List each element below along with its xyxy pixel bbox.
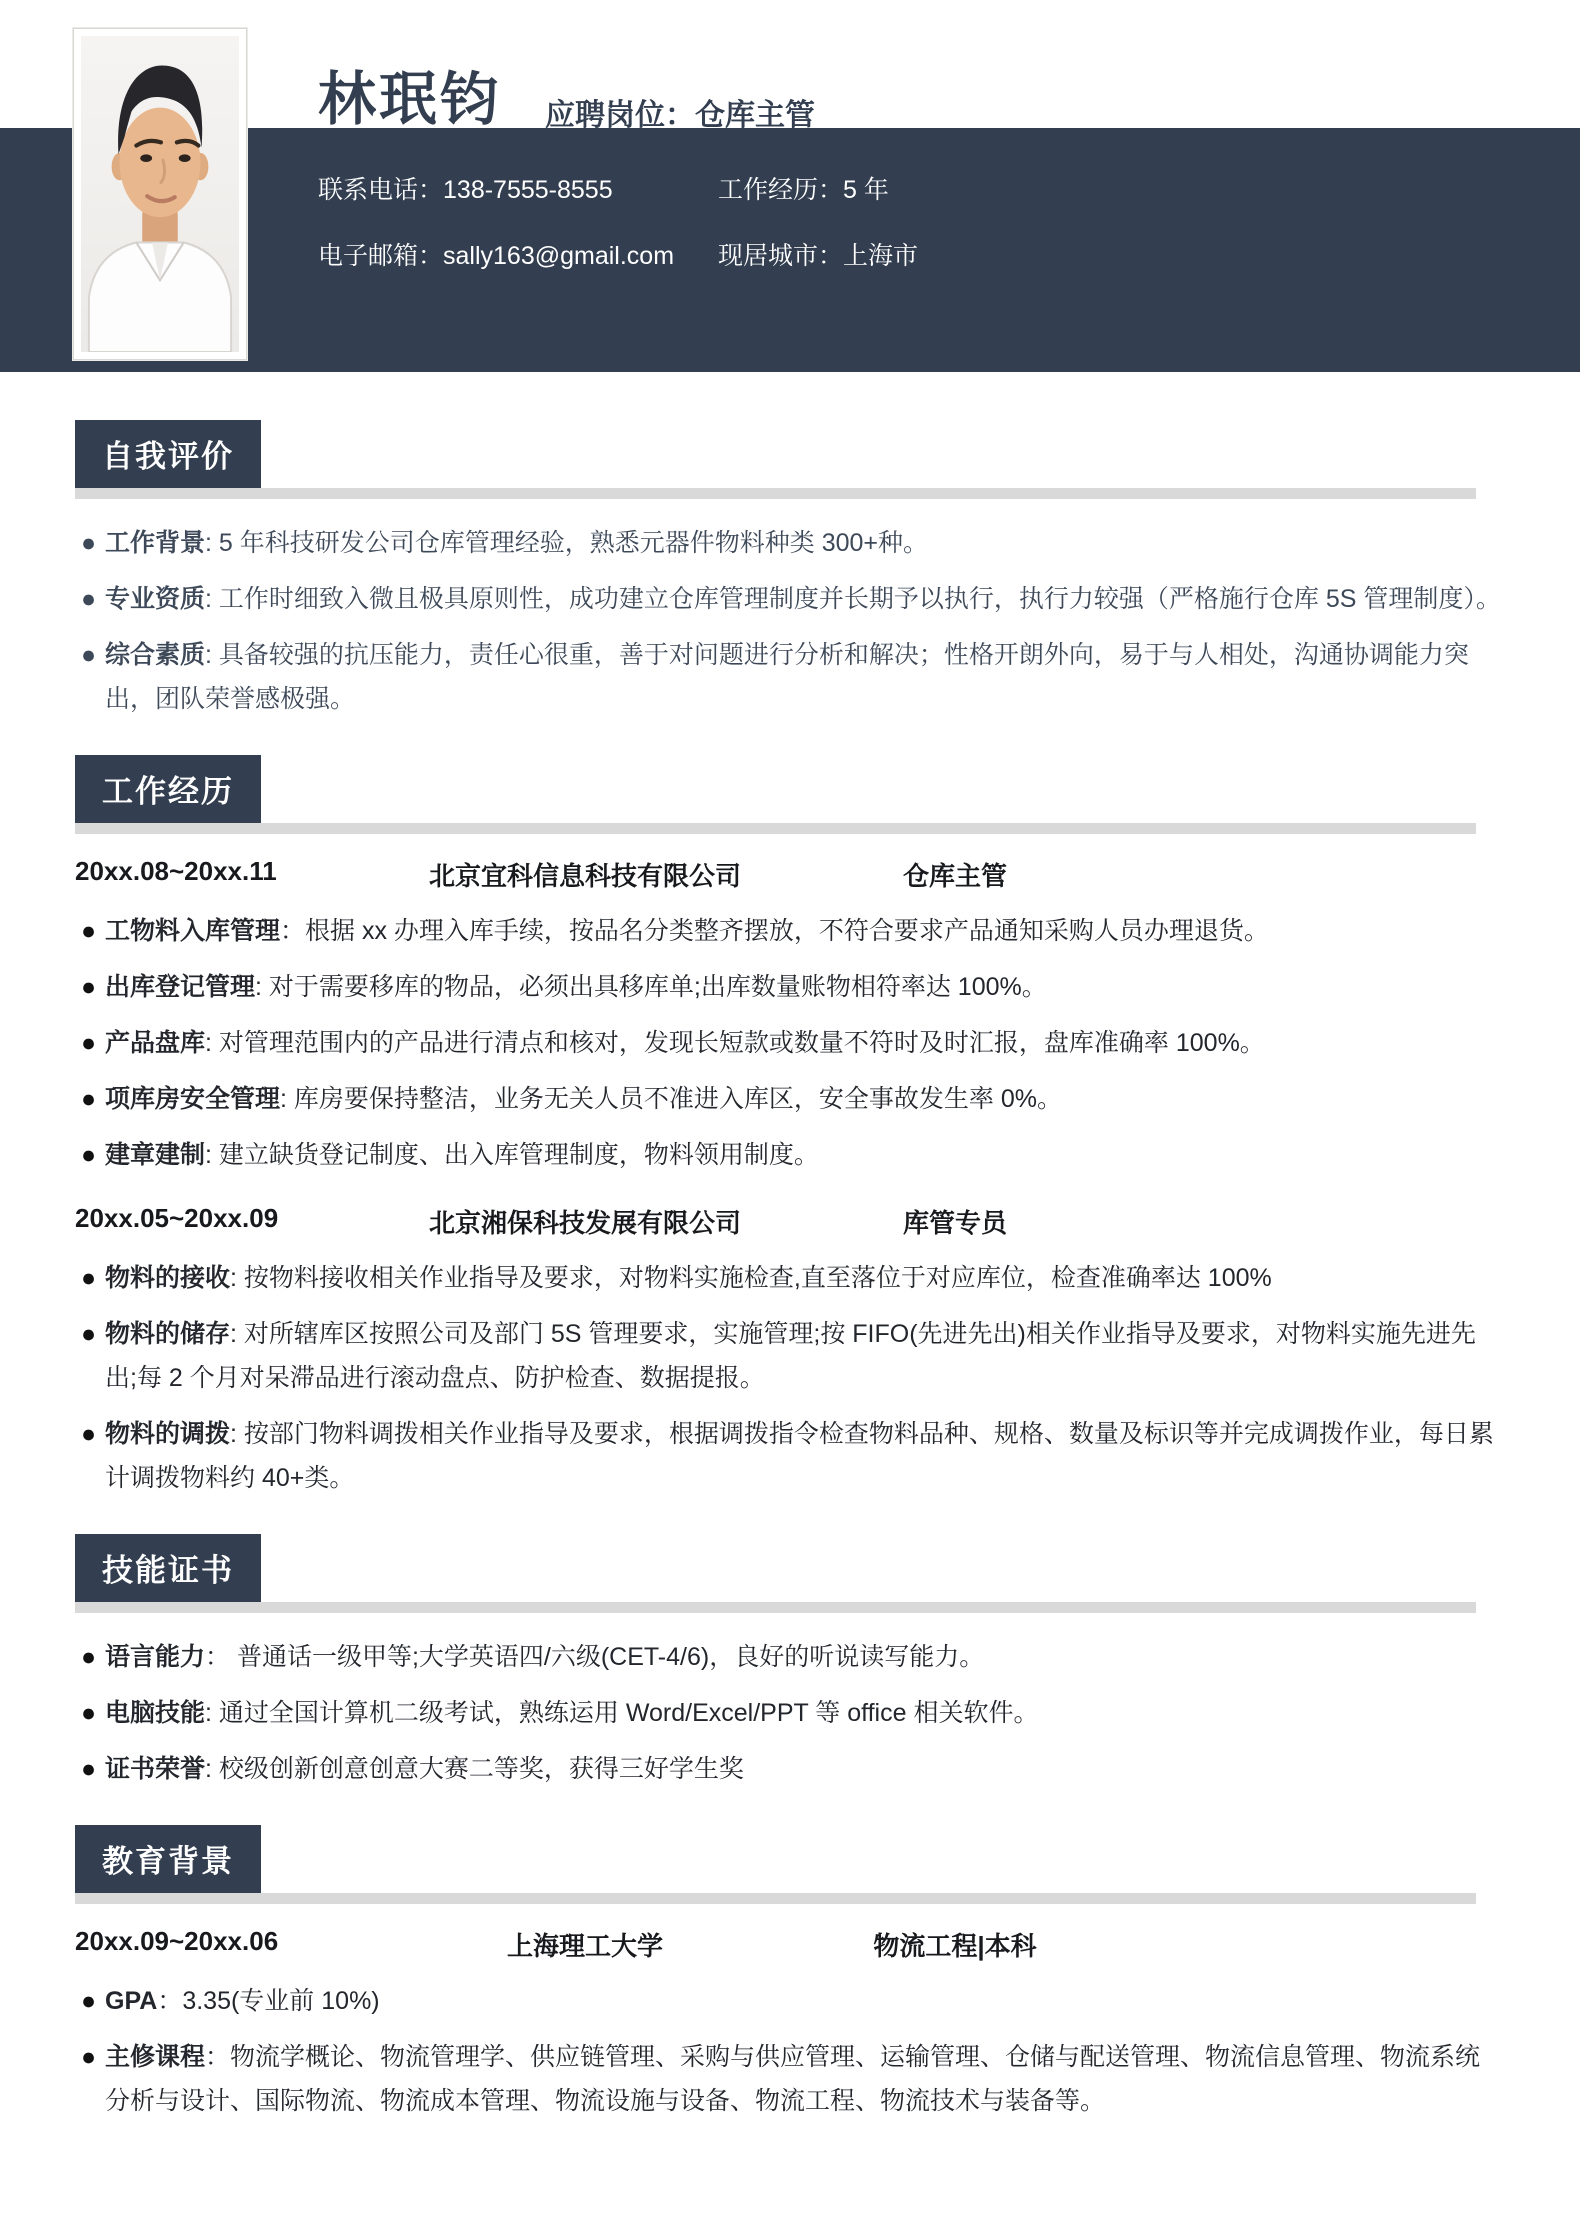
job-role: 库管专员 xyxy=(795,1203,1115,1240)
item-label: 建章建制 xyxy=(105,1141,205,1169)
list-item: ●工物料入库管理：根据 xx 办理入库手续，按品名分类整齐摆放，不符合要求产品通… xyxy=(75,909,1505,953)
item-text: ： 普通话一级甲等;大学英语四/六级(CET-4/6)，良好的听说读写能力。 xyxy=(205,1643,984,1671)
contact-phone-value: 138-7555-8555 xyxy=(443,176,613,204)
list-item: ●GPA：3.35(专业前 10%) xyxy=(75,1979,1505,2023)
education-major: 物流工程|本科 xyxy=(795,1926,1115,1963)
section-title: 自我评价 xyxy=(75,420,261,488)
list-item: ●专业资质: 工作时细致入微且极具原则性，成功建立仓库管理制度并长期予以执行，执… xyxy=(75,577,1505,621)
item-label: 物料的接收 xyxy=(105,1264,230,1292)
contact-experience-years: 工作经历：5 年 xyxy=(718,170,889,206)
item-text: : 5 年科技研发公司仓库管理经验，熟悉元器件物料种类 300+种。 xyxy=(205,529,928,557)
section-skills-certificates: 技能证书 ●语言能力： 普通话一级甲等;大学英语四/六级(CET-4/6)，良好… xyxy=(75,1534,1505,1791)
list-item: ●物料的储存: 对所辖库区按照公司及部门 5S 管理要求，实施管理;按 FIFO… xyxy=(75,1312,1505,1400)
portrait-photo xyxy=(73,28,247,360)
bullet-dot-icon: ● xyxy=(75,1979,105,2023)
section-head: 工作经历 xyxy=(75,755,1505,834)
bullet-dot-icon: ● xyxy=(75,1133,105,1177)
section-title: 工作经历 xyxy=(75,755,261,823)
list-item: ●建章建制: 建立缺货登记制度、出入库管理制度，物料领用制度。 xyxy=(75,1133,1505,1177)
item-label: 工物料入库管理 xyxy=(105,917,280,945)
item-text: : 对于需要移库的物品，必须出具移库单;出库数量账物相符率达 100%。 xyxy=(255,973,1047,1001)
item-text: : 校级创新创意创意大赛二等奖，获得三好学生奖 xyxy=(205,1755,744,1783)
bullet-dot-icon: ● xyxy=(75,633,105,721)
section-underline-bar xyxy=(75,1893,1476,1904)
bullet-dot-icon: ● xyxy=(75,1077,105,1121)
item-label: 出库登记管理 xyxy=(105,973,255,1001)
item-label: 综合素质 xyxy=(105,641,205,669)
item-label: 电脑技能 xyxy=(105,1699,205,1727)
list-item: ●工作背景: 5 年科技研发公司仓库管理经验，熟悉元器件物料种类 300+种。 xyxy=(75,521,1505,565)
section-underline-bar xyxy=(75,488,1476,499)
item-text: : 库房要保持整洁，业务无关人员不准进入库区，安全事故发生率 0%。 xyxy=(280,1085,1062,1113)
section-title: 教育背景 xyxy=(75,1825,261,1893)
section-self-evaluation: 自我评价 ●工作背景: 5 年科技研发公司仓库管理经验，熟悉元器件物料种类 30… xyxy=(75,420,1505,721)
portrait-illustration xyxy=(81,36,239,352)
education-period: 20xx.09~20xx.06 xyxy=(75,1926,375,1963)
item-label: 项库房安全管理 xyxy=(105,1085,280,1113)
contact-years-value: 5 年 xyxy=(843,176,889,204)
bullet-dot-icon: ● xyxy=(75,1691,105,1735)
list-item: ●产品盘库: 对管理范围内的产品进行清点和核对，发现长短款或数量不符时及时汇报，… xyxy=(75,1021,1505,1065)
section-head: 自我评价 xyxy=(75,420,1505,499)
resume-content: 自我评价 ●工作背景: 5 年科技研发公司仓库管理经验，熟悉元器件物料种类 30… xyxy=(75,420,1505,2157)
job-company: 北京宜科信息科技有限公司 xyxy=(375,856,795,893)
list-item: ●物料的调拨: 按部门物料调拨相关作业指导及要求，根据调拨指令检查物料品种、规格… xyxy=(75,1412,1505,1500)
bullet-dot-icon: ● xyxy=(75,577,105,621)
section-work-experience: 工作经历 20xx.08~20xx.11 北京宜科信息科技有限公司 仓库主管 ●… xyxy=(75,755,1505,1500)
job-role: 仓库主管 xyxy=(795,856,1115,893)
item-text: : 建立缺货登记制度、出入库管理制度，物料领用制度。 xyxy=(205,1141,819,1169)
section-underline-bar xyxy=(75,1602,1476,1613)
item-label: GPA xyxy=(105,1987,157,2015)
item-text: : 具备较强的抗压能力，责任心很重，善于对问题进行分析和解决；性格开朗外向，易于… xyxy=(105,641,1469,713)
contact-city-label: 现居城市： xyxy=(718,242,843,270)
contact-phone-label: 联系电话： xyxy=(318,176,443,204)
item-text: : 按物料接收相关作业指导及要求，对物料实施检查,直至落位于对应库位，检查准确率… xyxy=(230,1264,1272,1292)
education-school: 上海理工大学 xyxy=(375,1926,795,1963)
job-period: 20xx.08~20xx.11 xyxy=(75,856,375,893)
list-item: ●项库房安全管理: 库房要保持整洁，业务无关人员不准进入库区，安全事故发生率 0… xyxy=(75,1077,1505,1121)
section-underline-bar xyxy=(75,823,1476,834)
item-label: 物料的储存 xyxy=(105,1320,230,1348)
list-item: ●电脑技能: 通过全国计算机二级考试，熟练运用 Word/Excel/PPT 等… xyxy=(75,1691,1505,1735)
bullet-dot-icon: ● xyxy=(75,1635,105,1679)
item-label: 专业资质 xyxy=(105,585,205,613)
section-head: 教育背景 xyxy=(75,1825,1505,1904)
job-header-row: 20xx.05~20xx.09 北京湘保科技发展有限公司 库管专员 xyxy=(75,1203,1505,1240)
item-text: : 工作时细致入微且极具原则性，成功建立仓库管理制度并长期予以执行，执行力较强（… xyxy=(205,585,1501,613)
item-label: 主修课程 xyxy=(105,2043,205,2071)
contact-email: 电子邮箱：sally163@gmail.com xyxy=(318,236,674,272)
item-text: : 按部门物料调拨相关作业指导及要求，根据调拨指令检查物料品种、规格、数量及标识… xyxy=(105,1420,1494,1492)
item-text: ：物流学概论、物流管理学、供应链管理、采购与供应管理、运输管理、仓储与配送管理、… xyxy=(105,2043,1480,2115)
item-label: 工作背景 xyxy=(105,529,205,557)
section-head: 技能证书 xyxy=(75,1534,1505,1613)
job-header-row: 20xx.08~20xx.11 北京宜科信息科技有限公司 仓库主管 xyxy=(75,856,1505,893)
bullet-dot-icon: ● xyxy=(75,521,105,565)
item-text: : 对所辖库区按照公司及部门 5S 管理要求，实施管理;按 FIFO(先进先出)… xyxy=(105,1320,1476,1392)
list-item: ●物料的接收: 按物料接收相关作业指导及要求，对物料实施检查,直至落位于对应库位… xyxy=(75,1256,1505,1300)
list-item: ●证书荣誉: 校级创新创意创意大赛二等奖，获得三好学生奖 xyxy=(75,1747,1505,1791)
item-label: 产品盘库 xyxy=(105,1029,205,1057)
contact-city: 现居城市：上海市 xyxy=(718,236,918,272)
resume-page: 联系电话：138-7555-8555 工作经历：5 年 电子邮箱：sally16… xyxy=(0,0,1580,2237)
item-text: : 通过全国计算机二级考试，熟练运用 Word/Excel/PPT 等 offi… xyxy=(205,1699,1038,1727)
list-item: ●主修课程：物流学概论、物流管理学、供应链管理、采购与供应管理、运输管理、仓储与… xyxy=(75,2035,1505,2123)
contact-email-value: sally163@gmail.com xyxy=(443,242,674,270)
bullet-dot-icon: ● xyxy=(75,1256,105,1300)
list-item: ●语言能力： 普通话一级甲等;大学英语四/六级(CET-4/6)，良好的听说读写… xyxy=(75,1635,1505,1679)
contact-email-label: 电子邮箱： xyxy=(318,242,443,270)
bullet-dot-icon: ● xyxy=(75,1412,105,1500)
item-label: 物料的调拨 xyxy=(105,1420,230,1448)
item-text: ：根据 xx 办理入库手续，按品名分类整齐摆放，不符合要求产品通知采购人员办理退… xyxy=(280,917,1269,945)
bullet-dot-icon: ● xyxy=(75,1747,105,1791)
contact-city-value: 上海市 xyxy=(843,242,918,270)
section-education: 教育背景 20xx.09~20xx.06 上海理工大学 物流工程|本科 ●GPA… xyxy=(75,1825,1505,2123)
candidate-name: 林珉钧 xyxy=(318,52,501,136)
list-item: ●出库登记管理: 对于需要移库的物品，必须出具移库单;出库数量账物相符率达 10… xyxy=(75,965,1505,1009)
bullet-dot-icon: ● xyxy=(75,1312,105,1400)
bullet-dot-icon: ● xyxy=(75,1021,105,1065)
job-company: 北京湘保科技发展有限公司 xyxy=(375,1203,795,1240)
list-item: ●综合素质: 具备较强的抗压能力，责任心很重，善于对问题进行分析和解决；性格开朗… xyxy=(75,633,1505,721)
job-period: 20xx.05~20xx.09 xyxy=(75,1203,375,1240)
contact-phone: 联系电话：138-7555-8555 xyxy=(318,170,613,206)
item-label: 语言能力 xyxy=(105,1643,205,1671)
section-title: 技能证书 xyxy=(75,1534,261,1602)
bullet-dot-icon: ● xyxy=(75,909,105,953)
item-text: : 对管理范围内的产品进行清点和核对，发现长短款或数量不符时及时汇报，盘库准确率… xyxy=(205,1029,1265,1057)
item-text: ：3.35(专业前 10%) xyxy=(157,1987,379,2015)
bullet-dot-icon: ● xyxy=(75,965,105,1009)
bullet-dot-icon: ● xyxy=(75,2035,105,2123)
item-label: 证书荣誉 xyxy=(105,1755,205,1783)
apply-position: 应聘岗位：仓库主管 xyxy=(545,90,815,134)
education-header-row: 20xx.09~20xx.06 上海理工大学 物流工程|本科 xyxy=(75,1926,1505,1963)
contact-years-label: 工作经历： xyxy=(718,176,843,204)
